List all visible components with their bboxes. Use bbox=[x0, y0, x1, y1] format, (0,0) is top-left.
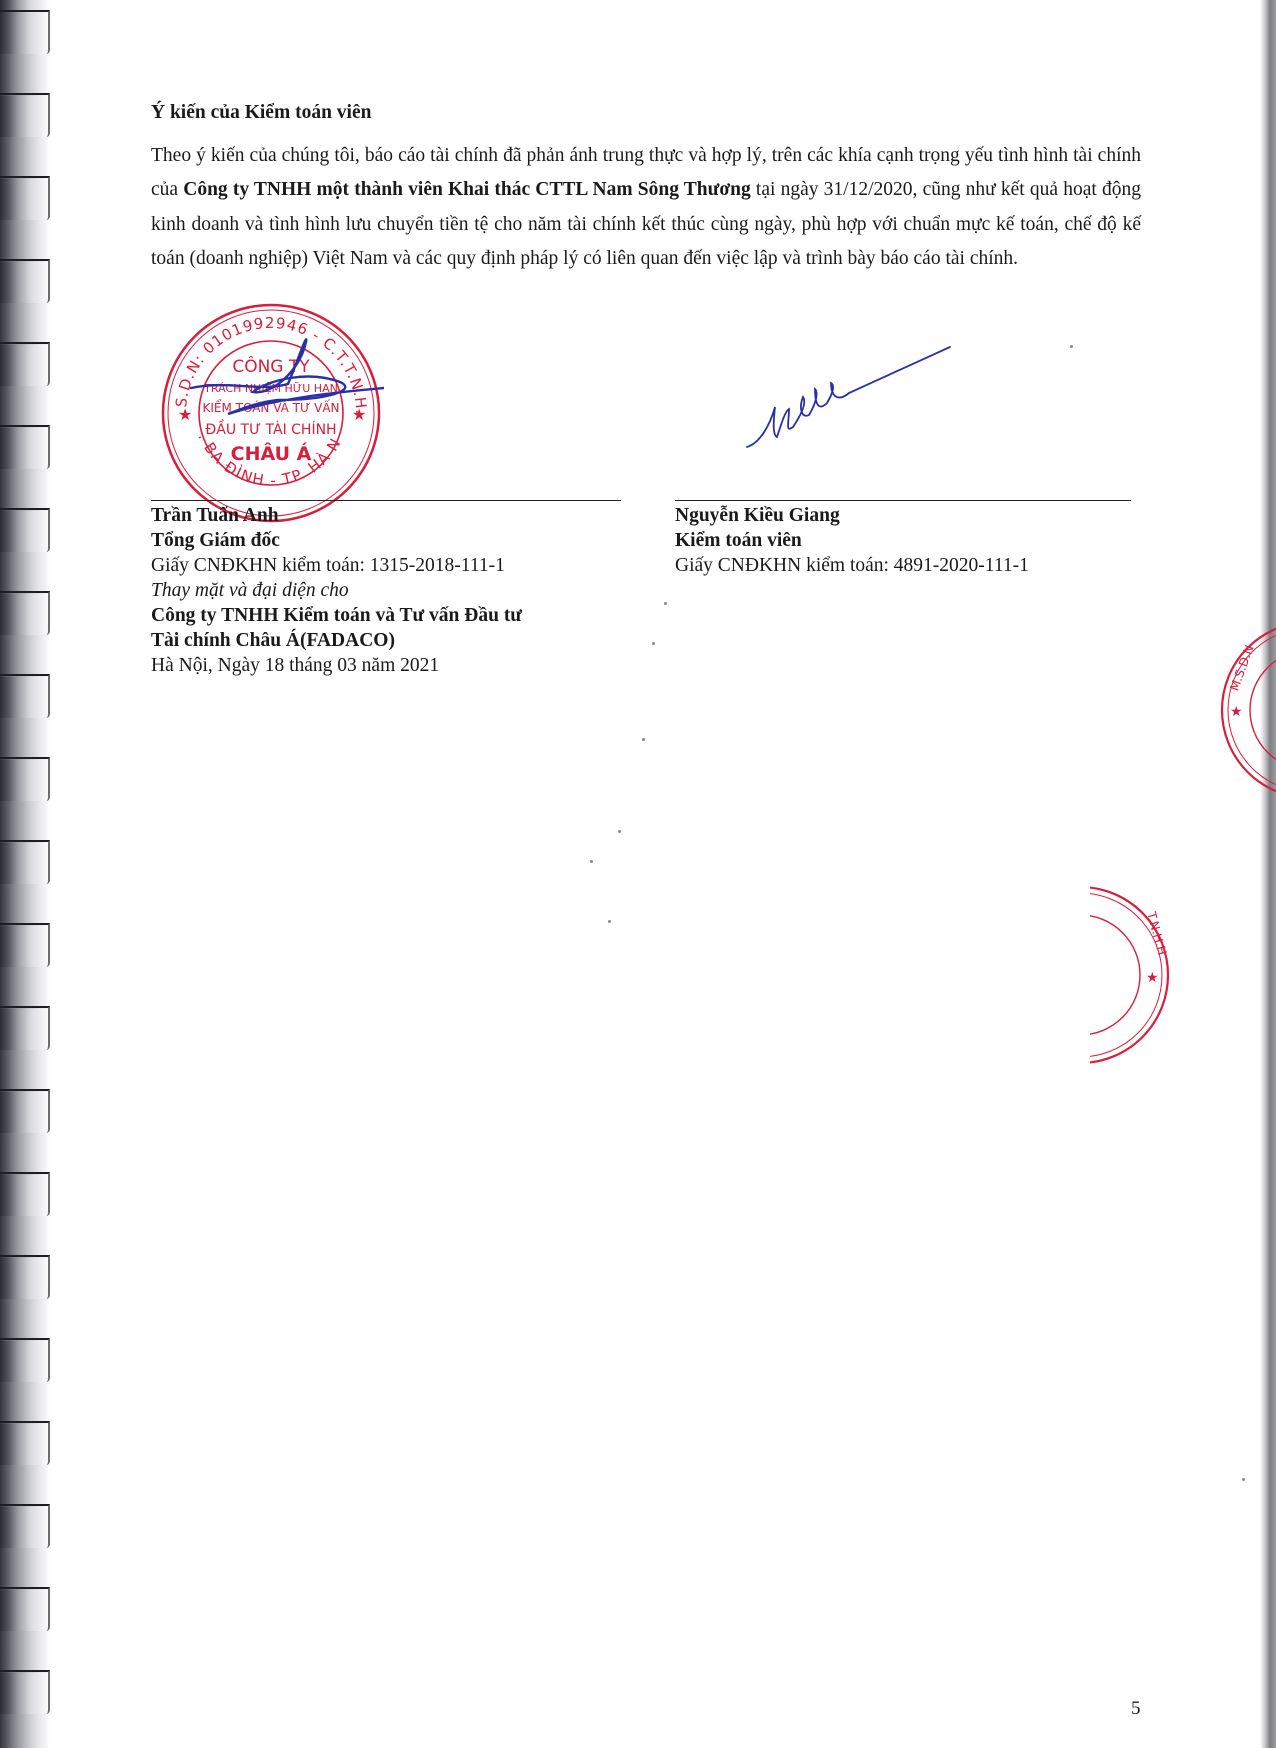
audit-firm-line-2: Tài chính Châu Á(FADACO) bbox=[151, 628, 621, 653]
section-heading: Ý kiến của Kiểm toán viên bbox=[151, 96, 1141, 131]
svg-text:★: ★ bbox=[1146, 970, 1159, 986]
binding-ring bbox=[0, 923, 50, 967]
binding-ring bbox=[0, 674, 50, 718]
signatory-title: Kiểm toán viên bbox=[675, 528, 1131, 553]
binding-ring bbox=[0, 757, 50, 801]
binding-ring bbox=[0, 93, 50, 137]
binding-ring bbox=[0, 508, 50, 552]
partial-stamp-edge-bottom: ★ T.N.H.H bbox=[1090, 880, 1180, 1070]
binding-ring bbox=[0, 840, 50, 884]
binding-ring bbox=[0, 1006, 50, 1050]
signatory-certificate: Giấy CNĐKHN kiểm toán: 1315-2018-111-1 bbox=[151, 553, 621, 578]
binding-ring bbox=[0, 259, 50, 303]
place-date: Hà Nội, Ngày 18 tháng 03 năm 2021 bbox=[151, 653, 621, 678]
signatory-title: Tổng Giám đốc bbox=[151, 528, 621, 553]
signature-line-right bbox=[675, 500, 1131, 501]
signature-line-left bbox=[151, 500, 621, 501]
auditor-signature bbox=[745, 345, 955, 455]
svg-text:ĐẦU TƯ TÀI CHÍNH: ĐẦU TƯ TÀI CHÍNH bbox=[205, 419, 336, 438]
binding-ring bbox=[0, 1670, 50, 1714]
signatory-right: Nguyễn Kiều Giang Kiểm toán viên Giấy CN… bbox=[675, 500, 1131, 578]
scan-speck bbox=[1070, 345, 1073, 348]
on-behalf-label: Thay mặt và đại diện cho bbox=[151, 578, 621, 603]
page-edge-shadow bbox=[1260, 0, 1276, 1748]
binding-ring bbox=[0, 425, 50, 469]
scan-speck bbox=[608, 920, 611, 923]
scan-speck bbox=[642, 738, 645, 741]
signatory-certificate: Giấy CNĐKHN kiểm toán: 4891-2020-111-1 bbox=[675, 553, 1131, 578]
svg-text:★: ★ bbox=[352, 405, 366, 424]
scan-speck bbox=[618, 830, 621, 833]
binding-ring bbox=[0, 176, 50, 220]
svg-text:T.N.H.H: T.N.H.H bbox=[1144, 909, 1169, 956]
signatory-left: Trần Tuấn Anh Tổng Giám đốc Giấy CNĐKHN … bbox=[151, 500, 621, 678]
document-body: Ý kiến của Kiểm toán viên Theo ý kiến củ… bbox=[151, 96, 1141, 277]
binding-ring bbox=[0, 1338, 50, 1382]
binding-ring bbox=[0, 1504, 50, 1548]
partial-stamp-edge-top: ★ M.S.D.N bbox=[1210, 620, 1276, 800]
svg-text:CHÂU Á: CHÂU Á bbox=[231, 442, 312, 465]
binding-ring bbox=[0, 1255, 50, 1299]
page-number: 5 bbox=[1131, 1698, 1141, 1720]
company-stamp: M.S.D.N: 0101992946 - C.T.T.N.H.H Q. BA … bbox=[158, 300, 384, 526]
binding-ring bbox=[0, 1421, 50, 1465]
binding-ring bbox=[0, 10, 50, 54]
svg-text:★: ★ bbox=[178, 405, 192, 424]
binding-ring bbox=[0, 1089, 50, 1133]
binding-ring bbox=[0, 591, 50, 635]
scan-speck bbox=[652, 642, 655, 645]
opinion-paragraph: Theo ý kiến của chúng tôi, báo cáo tài c… bbox=[151, 139, 1141, 277]
scan-speck bbox=[1242, 1478, 1245, 1481]
signatory-name: Nguyễn Kiều Giang bbox=[675, 503, 1131, 528]
audited-company-name: Công ty TNHH một thành viên Khai thác CT… bbox=[183, 179, 750, 200]
spiral-binding bbox=[0, 0, 50, 1748]
audit-firm-line-1: Công ty TNHH Kiểm toán và Tư vấn Đầu tư bbox=[151, 603, 621, 628]
scan-speck bbox=[664, 602, 667, 605]
svg-text:★: ★ bbox=[1230, 704, 1243, 720]
binding-ring bbox=[0, 1587, 50, 1631]
binding-ring bbox=[0, 342, 50, 386]
signatory-name: Trần Tuấn Anh bbox=[151, 503, 621, 528]
scan-speck bbox=[590, 860, 593, 863]
binding-ring bbox=[0, 1172, 50, 1216]
